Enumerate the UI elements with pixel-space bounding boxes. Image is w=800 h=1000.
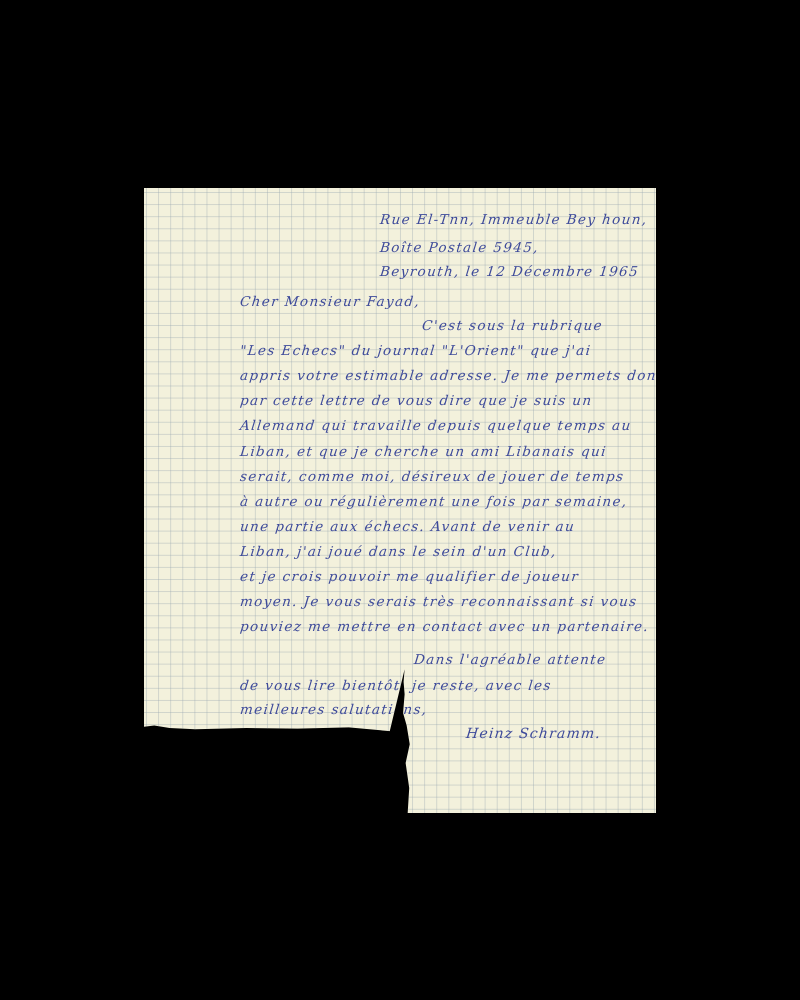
address-line-2: Boîte Postale 5945,: [379, 240, 540, 256]
body-line: Liban, et que je cherche un ami Libanais…: [239, 444, 608, 460]
body-line: serait, comme moi, désireux de jouer de …: [239, 469, 625, 485]
body-line: moyen. Je vous serais très reconnaissant…: [239, 594, 638, 610]
body-line: à autre ou régulièrement une fois par se…: [239, 494, 628, 510]
closing-line: meilleures salutations,: [239, 702, 428, 718]
body-line: par cette lettre de vous dire que je sui…: [239, 393, 593, 409]
signature: Heinz Schramm.: [465, 726, 602, 742]
body-line: appris votre estimable adresse. Je me pe…: [239, 368, 667, 384]
body-line: Liban, j'ai joué dans le sein d'un Club,: [239, 544, 558, 560]
closing-line: de vous lire bientôt, je reste, avec les: [239, 678, 552, 694]
body-line: pouviez me mettre en contact avec un par…: [239, 619, 650, 635]
body-line: Allemand qui travaille depuis quelque te…: [239, 418, 632, 434]
address-line-1: Rue El-Tnn, Immeuble Bey houn,: [379, 212, 648, 228]
body-line: "Les Echecs" du journal "L'Orient" que j…: [239, 343, 592, 359]
closing-line: Dans l'agréable attente: [413, 652, 607, 668]
salutation: Cher Monsieur Fayad,: [239, 294, 421, 310]
address-date-line: Beyrouth, le 12 Décembre 1965: [379, 264, 640, 280]
body-line: et je crois pouvoir me qualifier de joue…: [239, 569, 580, 585]
letter-paper: Rue El-Tnn, Immeuble Bey houn, Boîte Pos…: [144, 188, 656, 813]
body-line: une partie aux échecs. Avant de venir au: [239, 519, 576, 535]
body-line: C'est sous la rubrique: [421, 318, 604, 334]
